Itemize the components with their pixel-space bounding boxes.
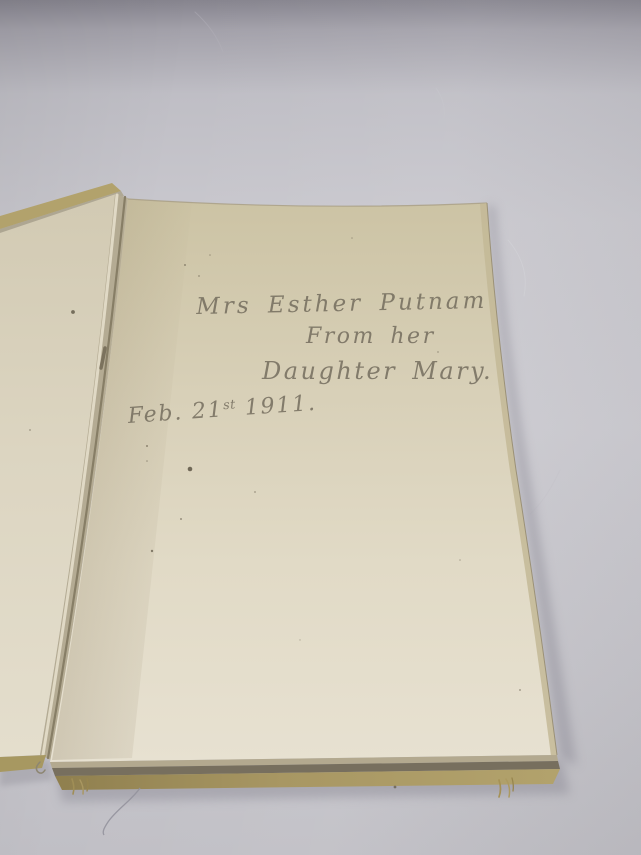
book-illustration: [0, 0, 641, 855]
book-photograph: Mrs Esther Putnam From her Daughter Mary…: [0, 0, 641, 855]
endpaper-page: [50, 199, 557, 762]
